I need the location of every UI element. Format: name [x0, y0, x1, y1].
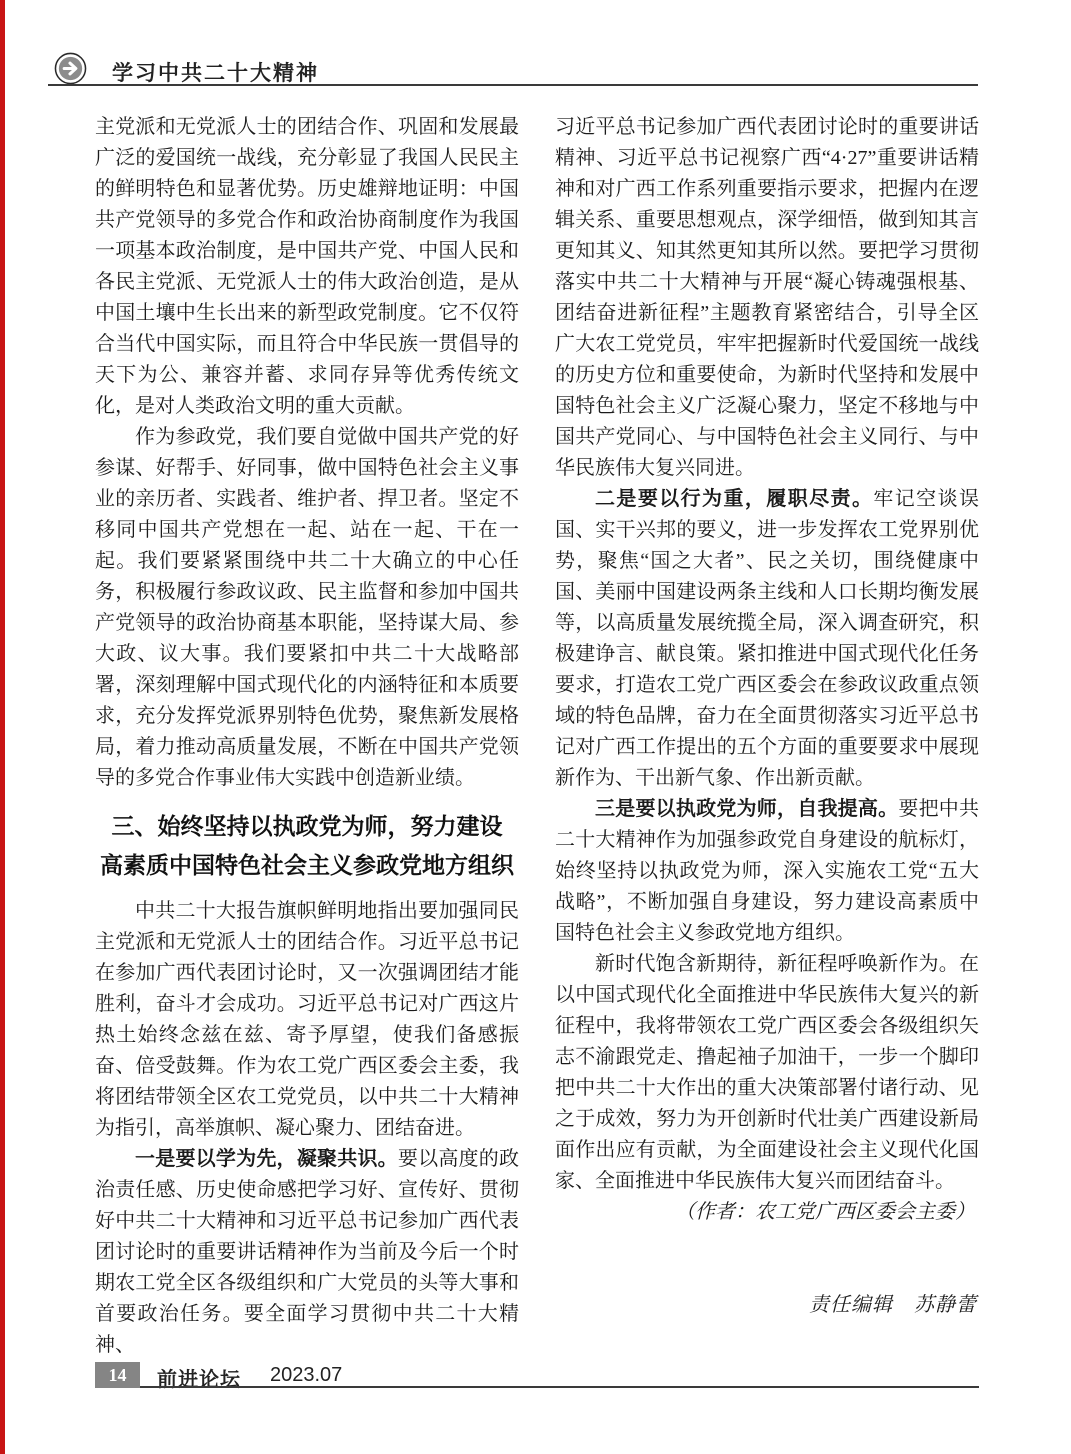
paragraph-bold-lead: 一是要以学为先，凝聚共识。 — [135, 1148, 398, 1170]
body-paragraph: 主党派和无党派人士的团结合作、巩固和发展最广泛的爱国统一战线，充分彰显了我国人民… — [95, 112, 519, 422]
body-paragraph: 二是要以行为重，履职尽责。牢记空谈误国、实干兴邦的要义，进一步发挥农工党界别优势… — [555, 484, 979, 794]
header-rule — [48, 84, 978, 86]
page-footer: 14 前进论坛 2023.07 — [95, 1362, 979, 1388]
body-paragraph: 一是要以学为先，凝聚共识。要以高度的政治责任感、历史使命感把学习好、宣传好、贯彻… — [95, 1144, 519, 1361]
body-paragraph: 作为参政党，我们要自觉做中国共产党的好参谋、好帮手、好同事，做中国特色社会主义事… — [95, 422, 519, 794]
arrow-right-circle-icon — [54, 52, 87, 85]
issue-date: 2023.07 — [270, 1364, 342, 1387]
body-paragraph: 习近平总书记参加广西代表团讨论时的重要讲话精神、习近平总书记视察广西“4·27”… — [555, 112, 979, 484]
paragraph-bold-lead: 三是要以执政党为师，自我提高。 — [595, 798, 898, 820]
column-left: 主党派和无党派人士的团结合作、巩固和发展最广泛的爱国统一战线，充分彰显了我国人民… — [95, 112, 519, 1361]
paragraph-bold-lead: 二是要以行为重，履职尽责。 — [595, 488, 873, 510]
page-edge-accent-bar — [0, 0, 5, 1454]
body-paragraph: 三是要以执政党为师，自我提高。要把中共二十大精神作为加强参政党自身建设的航标灯，… — [555, 794, 979, 949]
column-tag-title: 学习中共二十大精神 — [112, 57, 319, 87]
section-heading: 三、始终坚持以执政党为师，努力建设 高素质中国特色社会主义参政党地方组织 — [95, 807, 519, 885]
body-paragraph: 中共二十大报告旗帜鲜明地指出要加强同民主党派和无党派人士的团结合作。习近平总书记… — [95, 896, 519, 1144]
magazine-page: 学习中共二十大精神 主党派和无党派人士的团结合作、巩固和发展最广泛的爱国统一战线… — [0, 0, 1071, 1454]
author-line: （作者：农工党广西区委会主委） — [555, 1197, 979, 1228]
column-right: 习近平总书记参加广西代表团讨论时的重要讲话精神、习近平总书记视察广西“4·27”… — [555, 112, 979, 1361]
responsible-editor-line: 责任编辑 苏静蕾 — [555, 1290, 979, 1321]
article-body: 主党派和无党派人士的团结合作、巩固和发展最广泛的爱国统一战线，充分彰显了我国人民… — [95, 112, 979, 1361]
footer-rule — [140, 1386, 979, 1388]
body-paragraph: 新时代饱含新期待，新征程呼唤新作为。在以中国式现代化全面推进中华民族伟大复兴的新… — [555, 949, 979, 1197]
page-number-badge: 14 — [95, 1362, 140, 1388]
